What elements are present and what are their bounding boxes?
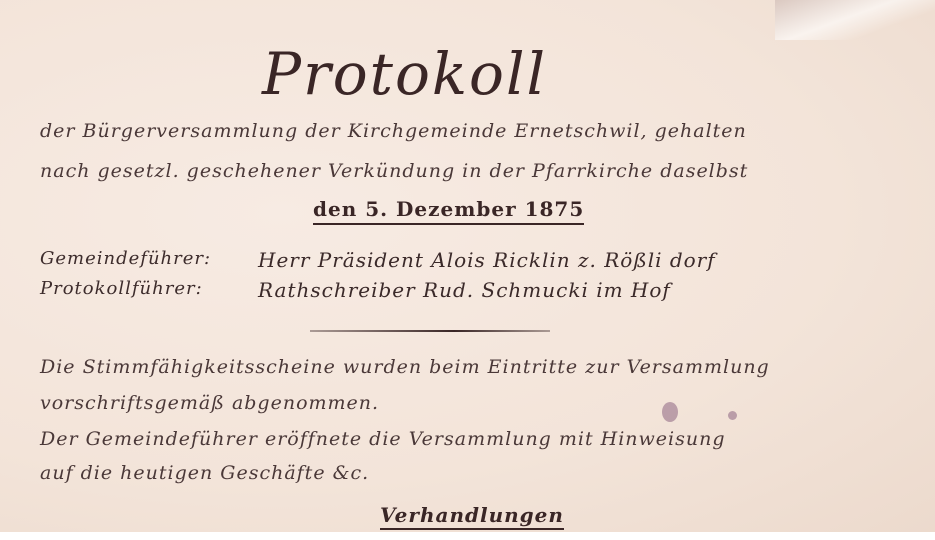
section-heading: Verhandlungen: [380, 503, 564, 530]
manuscript-page: Protokoll der Bürgerversammlung der Kirc…: [0, 0, 935, 532]
ink-blot: [662, 402, 678, 422]
page-fold-shadow: [775, 0, 935, 40]
official-label-secretary: Protokollführer:: [40, 278, 203, 299]
paragraph-line-4: auf die heutigen Geschäfte &c.: [40, 462, 369, 484]
official-value-secretary: Rathschreiber Rud. Schmucki im Hof: [258, 278, 671, 302]
divider-rule: [310, 330, 550, 332]
document-title: Protokoll: [262, 40, 547, 108]
ink-blot: [728, 411, 737, 420]
official-value-chair: Herr Präsident Alois Ricklin z. Rößli do…: [258, 248, 716, 272]
official-label-chair: Gemeindeführer:: [40, 248, 211, 269]
paragraph-line-1: Die Stimmfähigkeitsscheine wurden beim E…: [40, 356, 770, 378]
image-border: [0, 532, 935, 540]
paragraph-line-3: Der Gemeindeführer eröffnete die Versamm…: [40, 428, 726, 450]
intro-line-1: der Bürgerversammlung der Kirchgemeinde …: [40, 120, 747, 142]
intro-line-2: nach gesetzl. geschehener Verkündung in …: [40, 160, 748, 182]
paragraph-line-2: vorschriftsgemäß abgenommen.: [40, 392, 379, 414]
meeting-date: den 5. Dezember 1875: [313, 197, 584, 225]
